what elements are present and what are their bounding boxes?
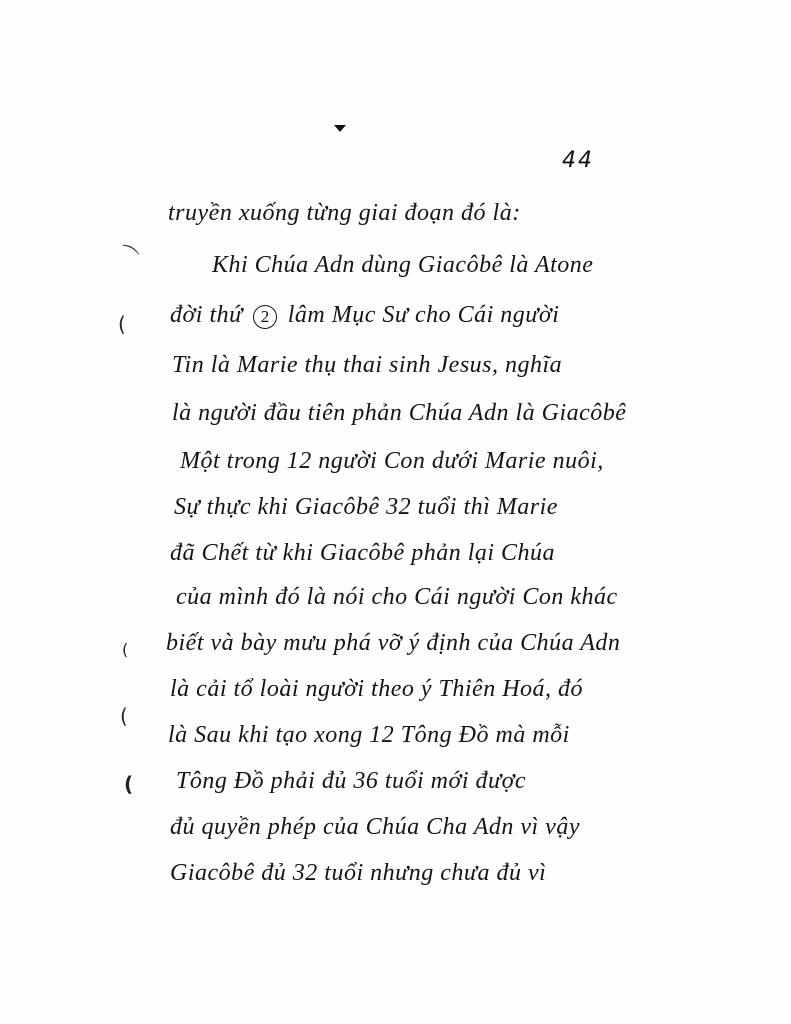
text-line: Sự thực khi Giacôbê 32 tuổi thì Marie	[174, 494, 558, 521]
text-line: là cải tổ loài người theo ý Thiên Hoá, đ…	[170, 676, 583, 703]
margin-mark: (	[120, 704, 128, 728]
page-number: 44	[562, 148, 594, 173]
margin-mark: (	[124, 772, 133, 796]
text-line: là người đầu tiên phản Chúa Adn là Giacô…	[172, 400, 626, 427]
margin-mark: (	[122, 640, 128, 659]
text-line: đủ quyền phép của Chúa Cha Adn vì vậy	[170, 814, 580, 841]
circled-number: 2	[253, 305, 277, 329]
text-line: đã Chết từ khi Giacôbê phản lại Chúa	[170, 540, 555, 567]
handwritten-page: 44 ⌒ ( ( ( ( truyền xuống từng giai đoạn…	[0, 0, 791, 1024]
text-line: Tin là Marie thụ thai sinh Jesus, nghĩa	[172, 352, 562, 379]
margin-mark: ⌒	[112, 237, 144, 272]
text-line: Tông Đồ phải đủ 36 tuổi mới được	[176, 768, 526, 795]
text-fragment: lâm Mục Sư cho Cái người	[288, 302, 560, 328]
top-marker-triangle	[334, 125, 346, 132]
text-line: của mình đó là nói cho Cái người Con khá…	[176, 584, 618, 611]
margin-mark: (	[118, 312, 126, 336]
text-line: đời thứ 2 lâm Mục Sư cho Cái người	[170, 302, 559, 329]
text-line: biết và bày mưu phá vỡ ý định của Chúa A…	[166, 630, 620, 657]
text-fragment: đời thứ	[170, 302, 243, 328]
text-line: là Sau khi tạo xong 12 Tông Đồ mà mỗi	[168, 722, 570, 749]
text-line: Khi Chúa Adn dùng Giacôbê là Atone	[212, 252, 593, 279]
text-line: truyền xuống từng giai đoạn đó là:	[168, 200, 521, 227]
text-line: Một trong 12 người Con dưới Marie nuôi,	[180, 448, 604, 475]
text-line: Giacôbê đủ 32 tuổi nhưng chưa đủ vì	[170, 860, 546, 887]
